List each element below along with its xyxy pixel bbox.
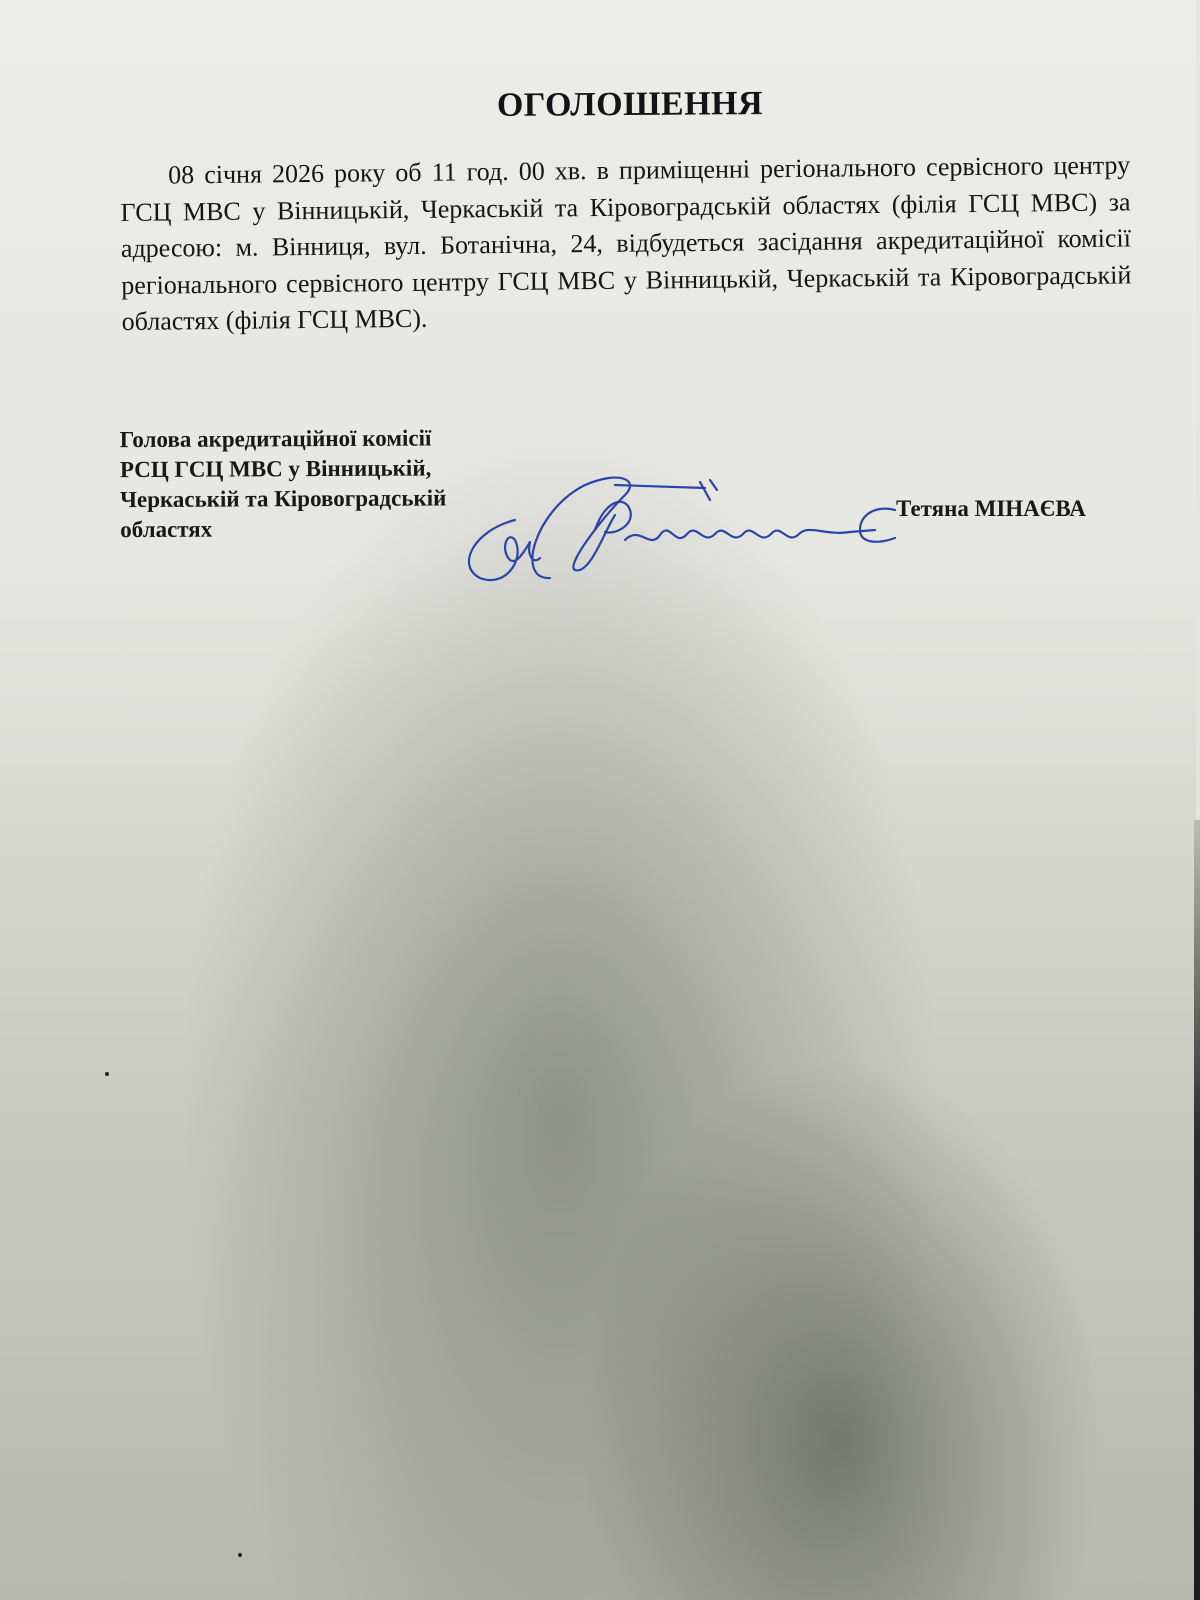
paper-speck (238, 1553, 242, 1557)
handwritten-signature (455, 470, 905, 590)
paper-edge-shadow (1194, 820, 1200, 1600)
announcement-paragraph: 08 січня 2026 року об 11 год. 00 хв. в п… (120, 147, 1132, 340)
signer-name: Тетяна МІНАЄВА (896, 496, 1086, 522)
position-line: Голова акредитаційної комісії (120, 423, 540, 455)
paper-speck (105, 1072, 109, 1076)
